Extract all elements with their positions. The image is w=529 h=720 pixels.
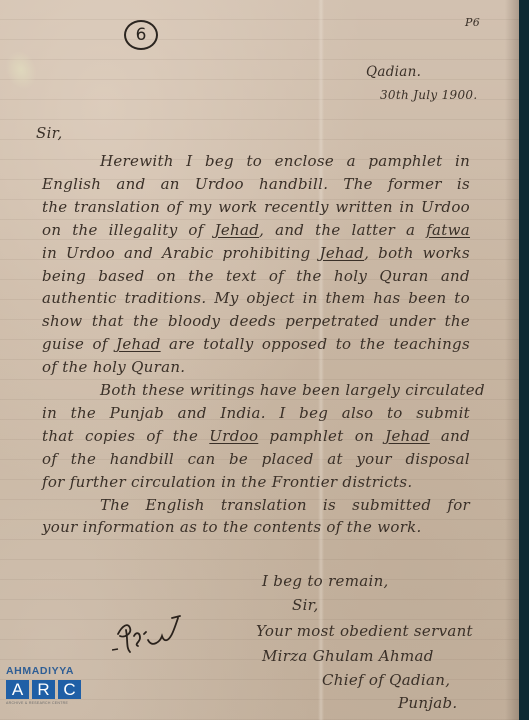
ahmadiyya-arc-watermark: AHMADIYYA A R C ARCHIVE & RESEARCH CENTR… xyxy=(6,666,84,705)
paper-edge-shadow xyxy=(505,0,519,720)
letter-body-line: The English translation is submitted for xyxy=(100,496,470,514)
signatory-title: Chief of Qadian, xyxy=(322,671,450,689)
closing-line-1: I beg to remain, xyxy=(262,572,389,590)
letter-body-line: of the handbill can be placed at your di… xyxy=(42,450,470,468)
signatory-region: Punjab. xyxy=(398,694,457,712)
signatory-name: Mirza Ghulam Ahmad xyxy=(262,647,434,665)
letter-body-line: in Urdoo and Arabic prohibiting Jehad, b… xyxy=(42,244,470,262)
letter-body-line: of the holy Quran. xyxy=(42,358,185,376)
letter-body-line: the translation of my work recently writ… xyxy=(42,198,470,216)
letter-body-line: on the illegality of Jehad, and the latt… xyxy=(42,221,470,239)
letter-body-line: that copies of the Urdoo pamphlet on Jeh… xyxy=(42,427,470,445)
letter-body-line: Herewith I beg to enclose a pamphlet in xyxy=(100,152,470,170)
letter-body-line: for further circulation in the Frontier … xyxy=(42,473,412,491)
circled-page-number: 6 xyxy=(124,20,158,50)
letter-date: 30th July 1900. xyxy=(380,88,477,102)
letter-place: Qadian. xyxy=(366,64,421,80)
circled-number-text: 6 xyxy=(136,25,147,45)
letter-body-line: in the Punjab and India. I beg also to s… xyxy=(42,404,470,422)
watermark-subtitle: ARCHIVE & RESEARCH CENTRE xyxy=(6,701,84,705)
watermark-letter-a: A xyxy=(6,680,29,699)
paper-fold xyxy=(318,0,324,720)
urdu-signature xyxy=(112,612,202,667)
closing-line-2: Sir, xyxy=(292,596,319,614)
letter-page: 6 P6 Qadian. 30th July 1900. Sir, Herewi… xyxy=(0,0,519,720)
letter-body-line: being based on the text of the holy Qura… xyxy=(42,267,470,285)
watermark-letters: A R C xyxy=(6,680,84,699)
closing-line-3: Your most obedient servant xyxy=(256,622,473,640)
watermark-title: AHMADIYYA xyxy=(6,666,84,677)
letter-body-line: show that the bloody deeds perpetrated u… xyxy=(42,312,470,330)
letter-body-line: Both these writings have been largely ci… xyxy=(100,381,485,399)
letter-body-line: authentic traditions. My object in them … xyxy=(42,289,470,307)
letter-body-line: English and an Urdoo handbill. The forme… xyxy=(42,175,470,193)
watermark-letter-r: R xyxy=(32,680,55,699)
watermark-letter-c: C xyxy=(58,680,81,699)
letter-body-line: your information as to the contents of t… xyxy=(42,518,422,536)
page-marker: P6 xyxy=(465,16,480,29)
signature-scribble-icon xyxy=(112,612,202,662)
salutation: Sir, xyxy=(36,124,63,142)
letter-body-line: guise of Jehad are totally opposed to th… xyxy=(42,335,470,353)
